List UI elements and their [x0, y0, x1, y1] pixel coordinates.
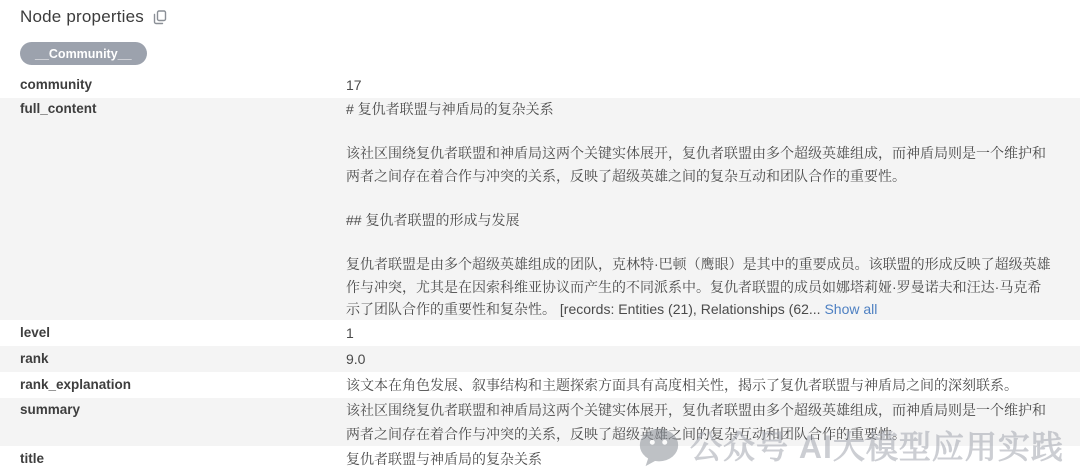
show-all-link[interactable]: Show all	[824, 301, 877, 317]
property-value: 1	[346, 320, 1080, 346]
content-line: 该社区围绕复仇者联盟和神盾局这两个关键实体展开，复仇者联盟由多个超级英雄组成，而…	[346, 398, 1080, 422]
content-line: 示了团队合作的重要性和复杂性。 [records: Entities (21),…	[346, 298, 1080, 320]
content-line	[346, 187, 1080, 209]
copy-icon[interactable]	[153, 10, 167, 25]
panel-header: Node properties	[0, 0, 1080, 28]
property-key: rank	[0, 346, 346, 372]
property-key: summary	[0, 398, 346, 422]
table-row: summary 该社区围绕复仇者联盟和神盾局这两个关键实体展开，复仇者联盟由多个…	[0, 398, 1080, 446]
content-line: # 复仇者联盟与神盾局的复杂关系	[346, 98, 1080, 120]
node-labels-row: __Community__	[0, 42, 1080, 65]
property-key: level	[0, 320, 346, 346]
table-row: rank_explanation 该文本在角色发展、叙事结构和主题探索方面具有高…	[0, 372, 1080, 398]
records-truncated-text: 示了团队合作的重要性和复杂性。 [records: Entities (21),…	[346, 301, 824, 317]
property-value: 17	[346, 78, 1080, 98]
panel-title: Node properties	[20, 7, 144, 27]
property-value: 复仇者联盟与神盾局的复杂关系	[346, 446, 1080, 472]
content-line: 两者之间存在着合作与冲突的关系，反映了超级英雄之间的复杂互动和团队合作的重要性。	[346, 165, 1080, 187]
properties-table: community 17 full_content # 复仇者联盟与神盾局的复杂…	[0, 78, 1080, 474]
property-value: 该社区围绕复仇者联盟和神盾局这两个关键实体展开，复仇者联盟由多个超级英雄组成，而…	[346, 398, 1080, 446]
content-line: 复仇者联盟是由多个超级英雄组成的团队，克林特·巴顿（鹰眼）是其中的重要成员。该联…	[346, 253, 1080, 275]
content-line	[346, 120, 1080, 142]
property-key: rank_explanation	[0, 372, 346, 398]
content-line: 两者之间存在着合作与冲突的关系，反映了超级英雄之间的复杂互动和团队合作的重要性。	[346, 422, 1080, 446]
table-row: rank 9.0	[0, 346, 1080, 372]
content-line: ## 复仇者联盟的形成与发展	[346, 209, 1080, 231]
content-line: 该社区围绕复仇者联盟和神盾局这两个关键实体展开，复仇者联盟由多个超级英雄组成，而…	[346, 142, 1080, 164]
table-row: title 复仇者联盟与神盾局的复杂关系	[0, 446, 1080, 474]
node-properties-panel: Node properties __Community__ community …	[0, 0, 1080, 474]
table-row: full_content # 复仇者联盟与神盾局的复杂关系 该社区围绕复仇者联盟…	[0, 98, 1080, 320]
content-line	[346, 231, 1080, 253]
property-value: # 复仇者联盟与神盾局的复杂关系 该社区围绕复仇者联盟和神盾局这两个关键实体展开…	[346, 98, 1080, 320]
content-line: 作与冲突，尤其是在因索科维亚协议而产生的不同派系中。复仇者联盟的成员如娜塔莉娅·…	[346, 276, 1080, 298]
label-chip-community[interactable]: __Community__	[20, 42, 147, 65]
table-row: community 17	[0, 78, 1080, 98]
property-value: 该文本在角色发展、叙事结构和主题探索方面具有高度相关性，揭示了复仇者联盟与神盾局…	[346, 372, 1080, 398]
property-key: full_content	[0, 98, 346, 120]
property-value: 9.0	[346, 346, 1080, 372]
table-row: level 1	[0, 320, 1080, 346]
property-key: title	[0, 446, 346, 472]
property-key: community	[0, 78, 346, 98]
